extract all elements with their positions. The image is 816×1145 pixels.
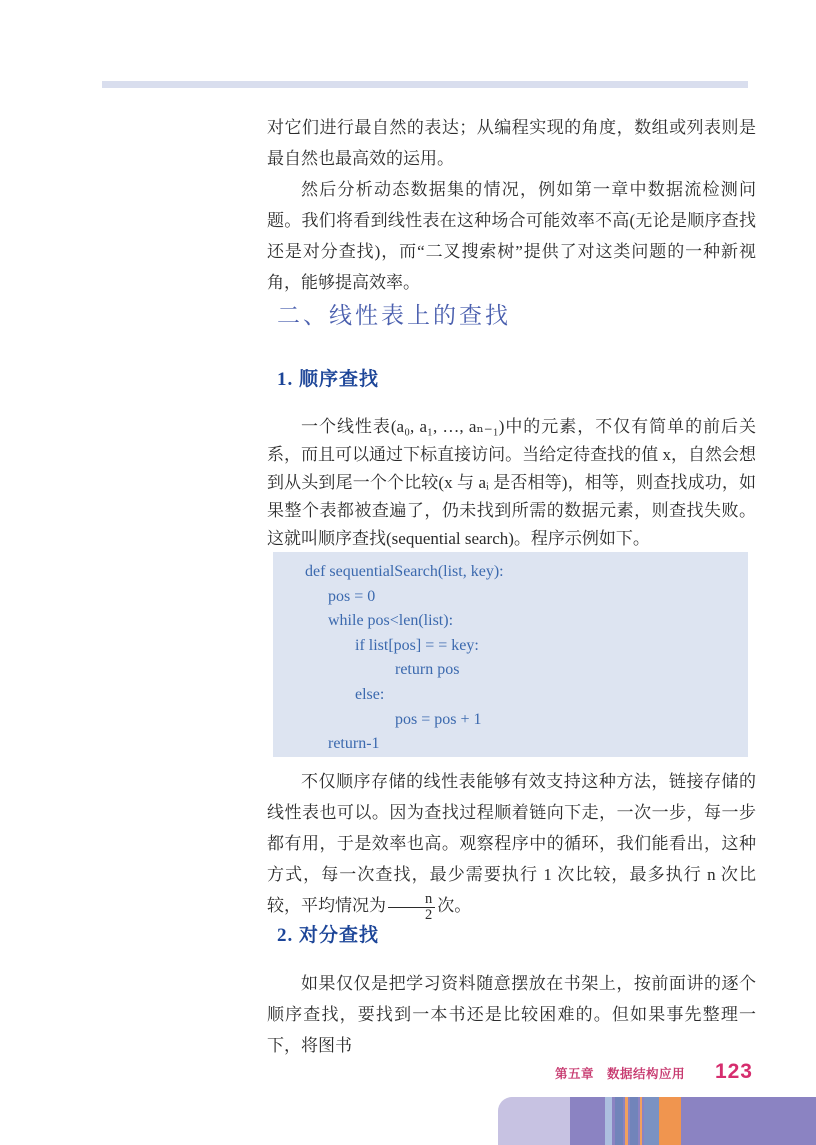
- code-line: return pos: [273, 658, 748, 683]
- code-line: else:: [273, 683, 748, 708]
- analysis-text-before-fraction: 不仅顺序存储的线性表能够有效支持这种方法，链接存储的线性表也可以。因为查找过程顺…: [267, 772, 756, 915]
- decorative-stripe-bar: [498, 1097, 816, 1145]
- deco-stripe: [498, 1097, 570, 1145]
- paragraph-binary-search-intro: 如果仅仅是把学习资料随意摆放在书架上，按前面讲的逐个顺序查找，要找到一本书还是比…: [267, 968, 756, 1061]
- deco-stripe: [659, 1097, 681, 1145]
- page-footer: 第五章 数据结构应用 123: [555, 1060, 753, 1084]
- paragraph-intro-continuation: 对它们进行最自然的表达；从编程实现的角度，数组或列表则是最自然也最高效的运用。: [267, 112, 756, 174]
- deco-stripe: [630, 1097, 638, 1145]
- fraction-n-over-2: n2: [388, 892, 435, 923]
- deco-stripe: [615, 1097, 623, 1145]
- code-line: pos = 0: [273, 585, 748, 610]
- code-line: if list[pos] = = key:: [273, 634, 748, 659]
- deco-stripe: [570, 1097, 605, 1145]
- sub-heading-sequential-search: 1. 顺序查找: [277, 364, 379, 391]
- code-line: def sequentialSearch(list, key):: [273, 560, 748, 585]
- section-heading-linear-list-search: 二、线性表上的查找: [277, 297, 511, 330]
- deco-stripe: [644, 1097, 659, 1145]
- page-number: 123: [715, 1060, 753, 1084]
- fraction-denominator: 2: [388, 907, 435, 923]
- code-line: pos = pos + 1: [273, 708, 748, 733]
- code-block-sequential-search: def sequentialSearch(list, key): pos = 0…: [273, 552, 748, 757]
- fraction-numerator: n: [388, 892, 435, 907]
- chapter-label: 第五章 数据结构应用: [555, 1064, 685, 1082]
- textbook-page: 对它们进行最自然的表达；从编程实现的角度，数组或列表则是最自然也最高效的运用。 …: [0, 0, 816, 1145]
- code-line: return-1: [273, 732, 748, 757]
- paragraph-complexity-analysis: 不仅顺序存储的线性表能够有效支持这种方法，链接存储的线性表也可以。因为查找过程顺…: [267, 766, 756, 923]
- code-line: while pos<len(list):: [273, 609, 748, 634]
- top-divider-rule: [102, 81, 748, 88]
- deco-stripe: [605, 1097, 612, 1145]
- deco-stripe: [681, 1097, 816, 1145]
- sub-heading-binary-search: 2. 对分查找: [277, 920, 379, 947]
- paragraph-dynamic-dataset: 然后分析动态数据集的情况，例如第一章中数据流检测问题。我们将看到线性表在这种场合…: [267, 174, 756, 298]
- analysis-text-after-fraction: 次。: [437, 896, 471, 915]
- paragraph-sequential-search: 一个线性表(a₀, a₁, …, aₙ₋₁)中的元素，不仅有简单的前后关系，而且…: [267, 413, 756, 553]
